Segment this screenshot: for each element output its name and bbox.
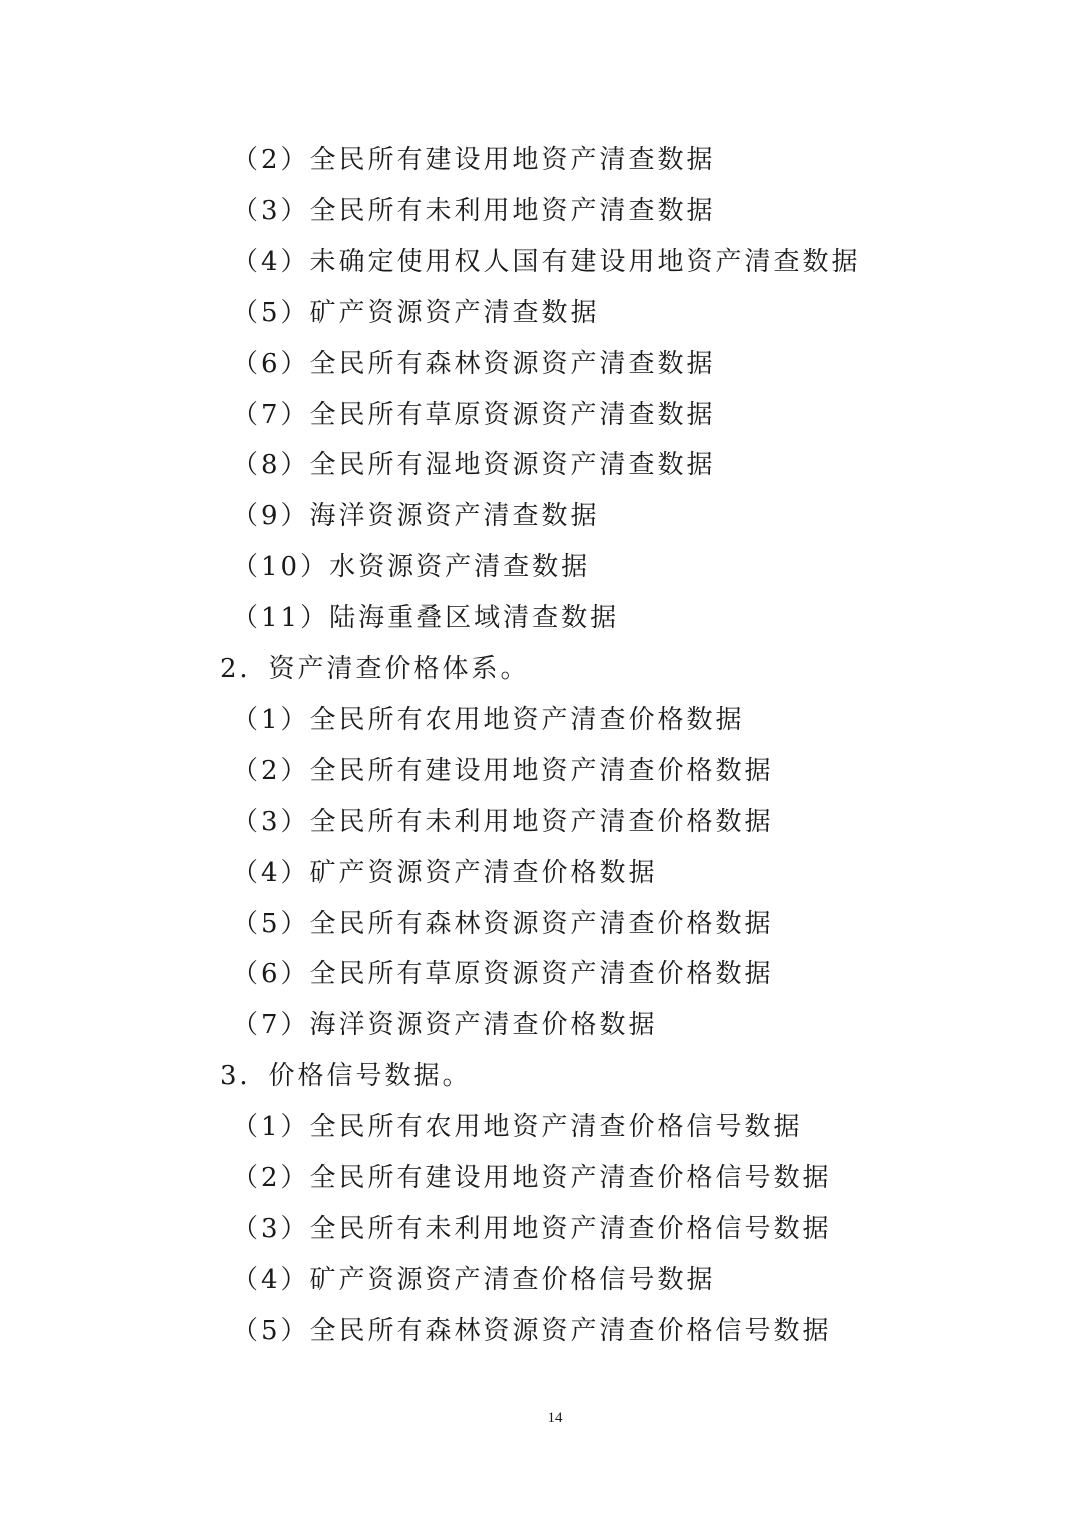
list-item: （6）全民所有森林资源资产清查数据 xyxy=(232,347,716,381)
list-item: （5）全民所有森林资源资产清查价格数据 xyxy=(232,907,774,941)
list-item: （2）全民所有建设用地资产清查数据 xyxy=(232,143,716,177)
section-heading: 2．资产清查价格体系。 xyxy=(220,652,530,686)
section-heading: 3．价格信号数据。 xyxy=(220,1059,472,1093)
list-item: （8）全民所有湿地资源资产清查数据 xyxy=(232,448,716,482)
list-item: （11）陆海重叠区域清查数据 xyxy=(232,601,619,635)
page-number: 14 xyxy=(0,1410,1080,1427)
list-item: （1）全民所有农用地资产清查价格数据 xyxy=(232,703,745,737)
list-item: （4）矿产资源资产清查价格信号数据 xyxy=(232,1263,716,1297)
list-item: （4）矿产资源资产清查价格数据 xyxy=(232,856,658,890)
list-item: （10）水资源资产清查数据 xyxy=(232,550,590,584)
list-item: （3）全民所有未利用地资产清查价格信号数据 xyxy=(232,1212,832,1246)
list-item: （7）海洋资源资产清查价格数据 xyxy=(232,1008,658,1042)
list-item: （5）矿产资源资产清查数据 xyxy=(232,296,600,330)
list-item: （2）全民所有建设用地资产清查价格信号数据 xyxy=(232,1161,832,1195)
list-item: （3）全民所有未利用地资产清查数据 xyxy=(232,194,716,228)
list-item: （4）未确定使用权人国有建设用地资产清查数据 xyxy=(232,245,861,279)
list-item: （7）全民所有草原资源资产清查数据 xyxy=(232,398,716,432)
list-item: （6）全民所有草原资源资产清查价格数据 xyxy=(232,957,774,991)
list-item: （9）海洋资源资产清查数据 xyxy=(232,499,600,533)
list-item: （3）全民所有未利用地资产清查价格数据 xyxy=(232,805,774,839)
list-item: （2）全民所有建设用地资产清查价格数据 xyxy=(232,754,774,788)
list-item: （5）全民所有森林资源资产清查价格信号数据 xyxy=(232,1314,832,1348)
list-item: （1）全民所有农用地资产清查价格信号数据 xyxy=(232,1110,803,1144)
